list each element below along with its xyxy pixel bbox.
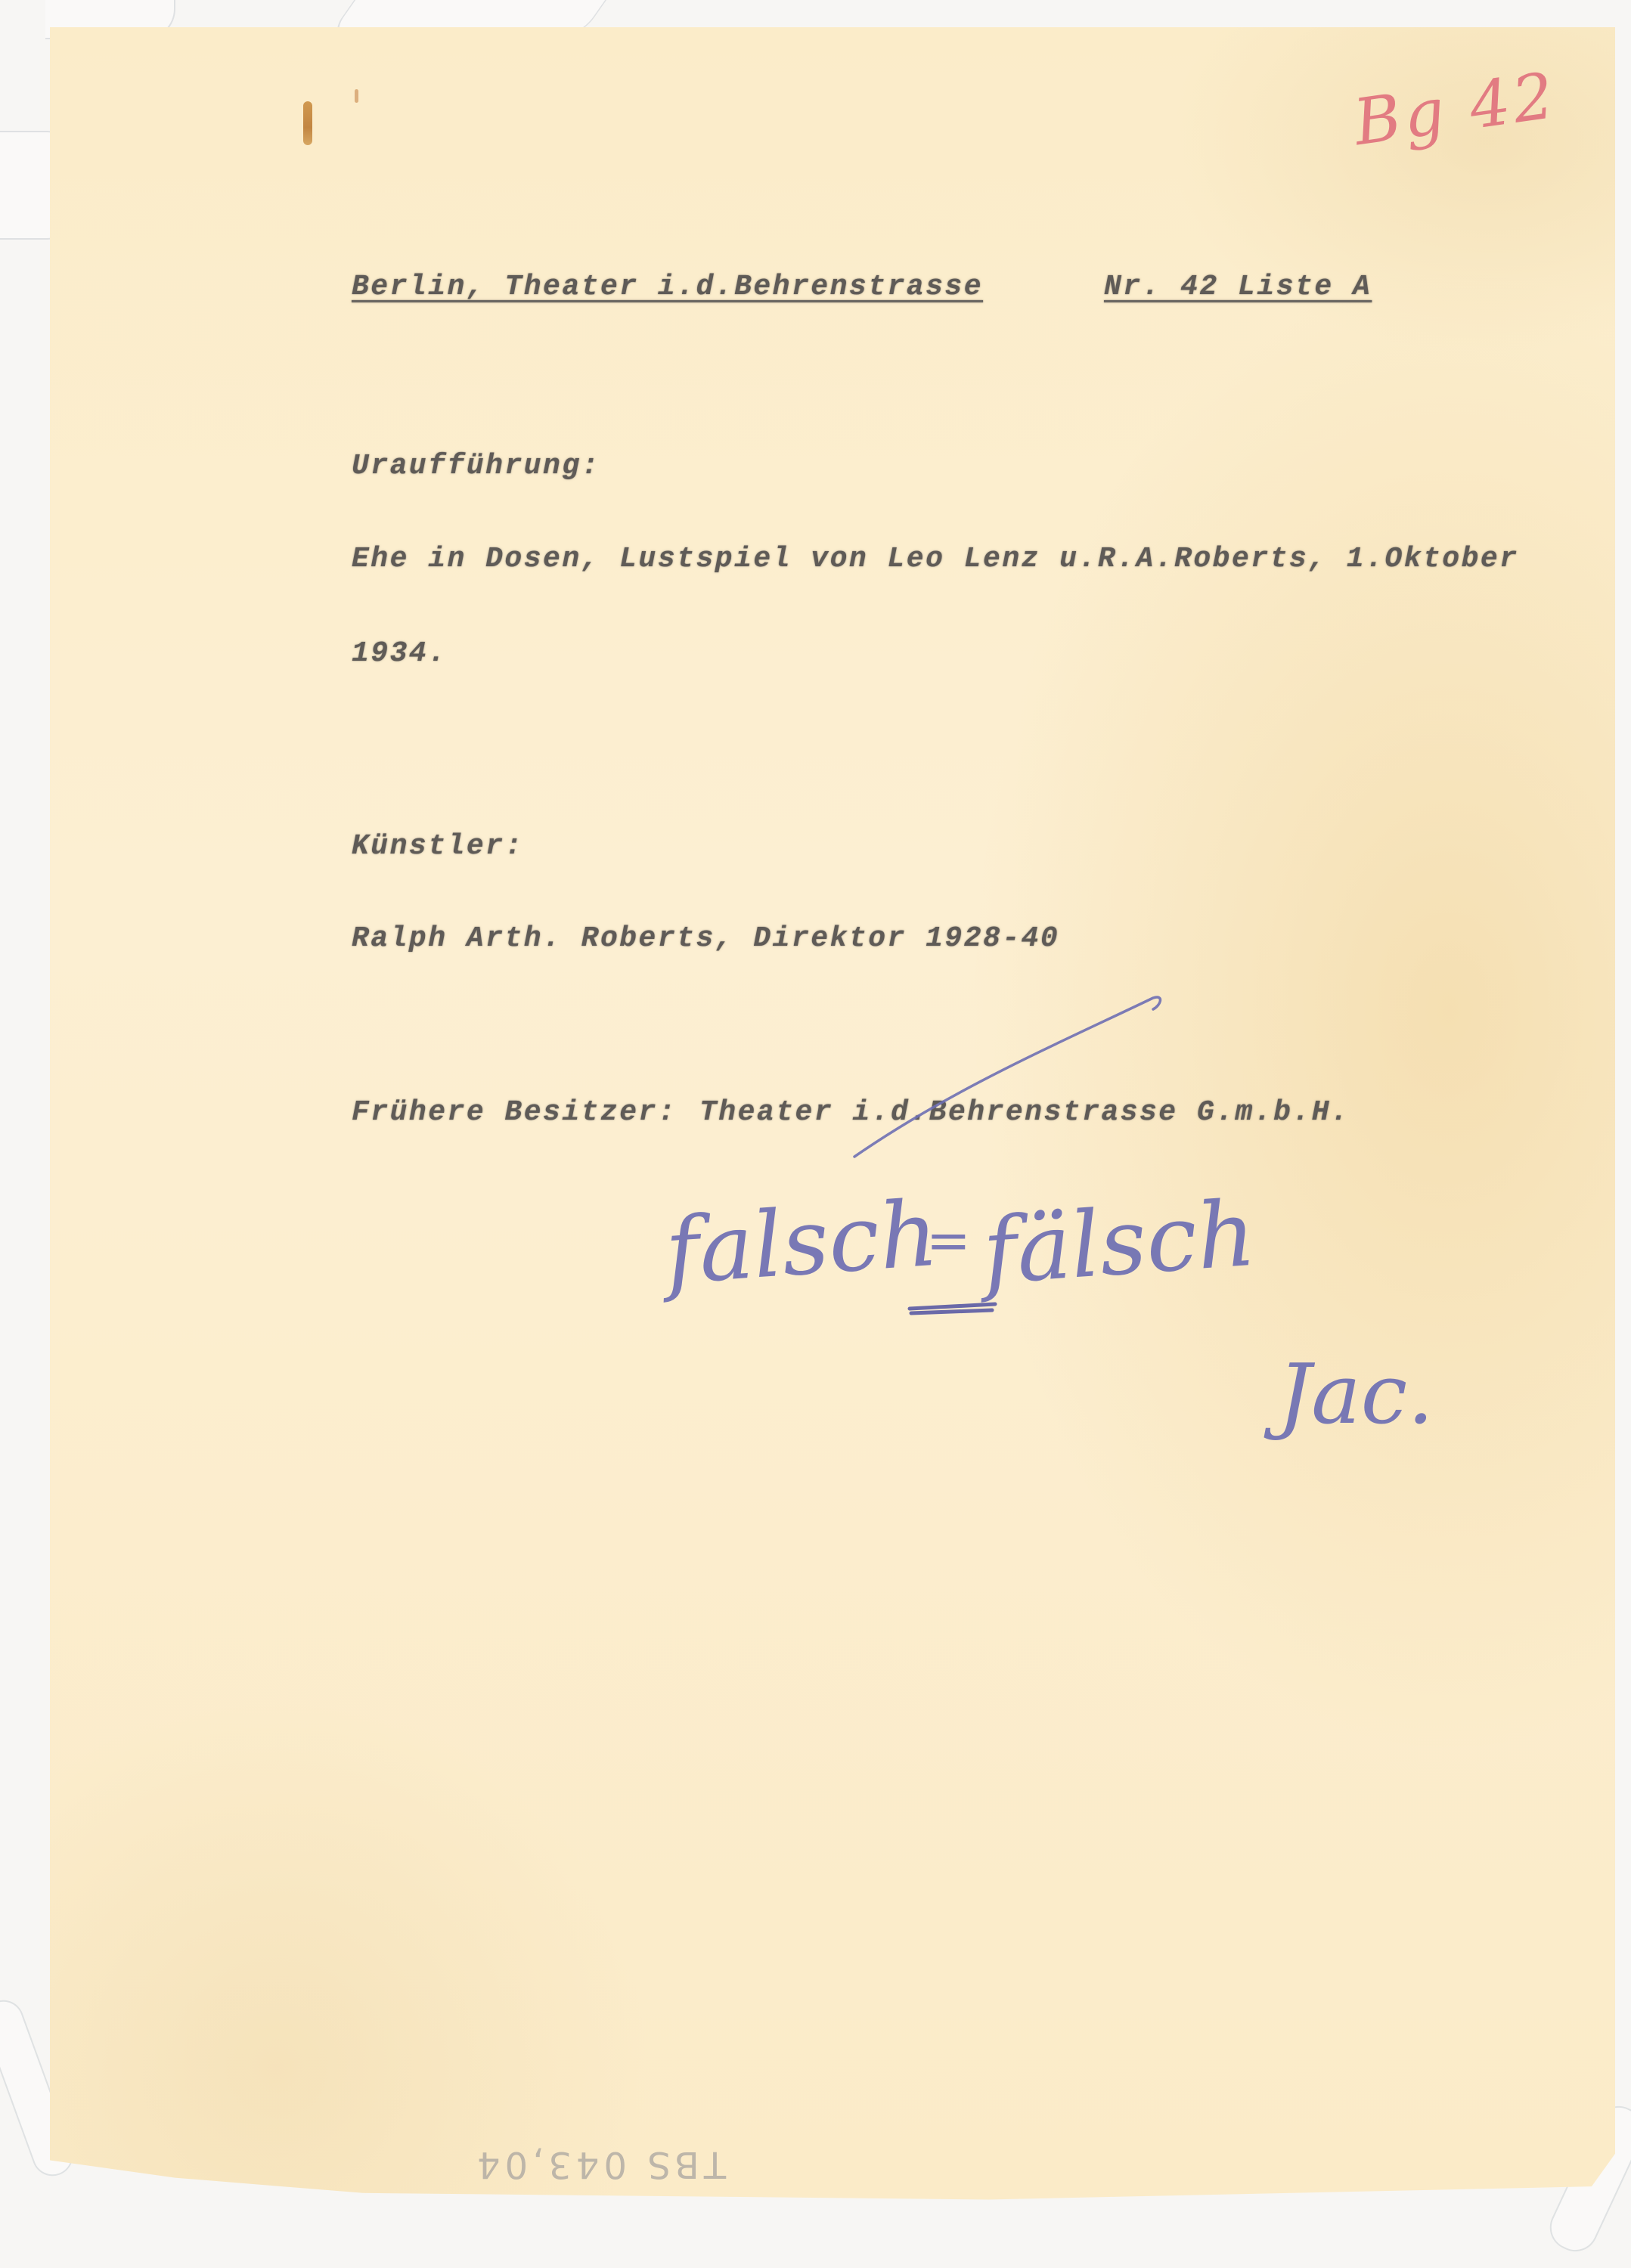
handwritten-initials: Jac. bbox=[1278, 1346, 1434, 1442]
pencil-inventory-mark: TBS 043,04 bbox=[473, 2143, 726, 2186]
rust-stain bbox=[303, 101, 312, 145]
header-number: Nr. 42 Liste A bbox=[1104, 271, 1372, 303]
header-location: Berlin, Theater i.d.Behrenstrasse bbox=[352, 271, 983, 303]
artists-line-1: Ralph Arth. Roberts, Direktor 1928-40 bbox=[352, 922, 1059, 955]
section-label-artists: Künstler: bbox=[352, 830, 524, 863]
handwritten-falsch: falsch bbox=[662, 1182, 941, 1306]
premiere-line-1: Ehe in Dosen, Lustspiel von Leo Lenz u.R… bbox=[352, 543, 1519, 575]
former-owners-line-1: Theater i.d.Behrenstrasse G.m.b.H. bbox=[699, 1096, 1350, 1129]
section-label-former-owners: Frühere Besitzer: bbox=[352, 1096, 677, 1129]
handwritten-faelsch: fälsch bbox=[980, 1182, 1259, 1306]
section-label-premiere: Uraufführung: bbox=[352, 450, 600, 482]
rust-stain-small bbox=[355, 89, 358, 103]
handwritten-equals: = bbox=[926, 1210, 971, 1272]
scan-canvas: Bg 42 Berlin, Theater i.d.Behrenstrasse … bbox=[0, 0, 1631, 2268]
premiere-line-2: 1934. bbox=[352, 637, 448, 670]
